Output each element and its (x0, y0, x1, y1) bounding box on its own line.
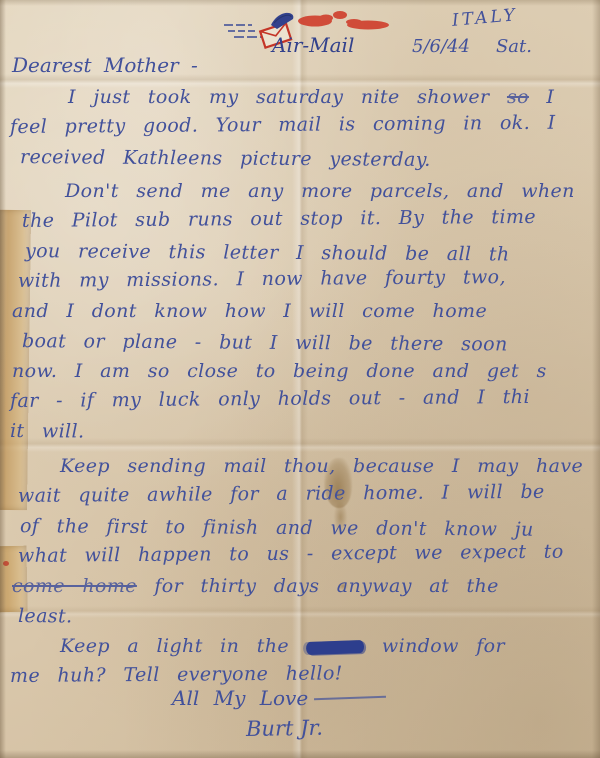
paper-edge-bottom (0, 750, 600, 758)
letter-paper: Air-Mail ITALY 5/6/44Sat. Dearest Mother… (0, 0, 600, 758)
letter-line: boat or plane - but I will be there soon (10, 326, 598, 360)
closing: All My Love (172, 686, 308, 710)
clouds-icon (298, 11, 389, 30)
line-text: I just took my saturday nite shower (68, 86, 507, 108)
letter-line: far - if my luck only holds out - and I … (10, 381, 598, 416)
line-text: window for (364, 635, 504, 657)
signature: Burt Jr. (10, 708, 598, 748)
letter-line: come home for thirty days anyway at the (10, 571, 598, 601)
paragraph: I just took my saturday nite shower so I… (10, 82, 598, 172)
letter-line: me huh? Tell everyone hello! (10, 656, 598, 691)
line-text: me huh? Tell everyone hello! (10, 662, 343, 687)
closing-flourish (314, 696, 386, 701)
struck-text: come home (12, 575, 137, 597)
letter-scan: { "header": { "letterhead_text": "Air-Ma… (0, 0, 600, 758)
letter-body: I just took my saturday nite shower so I… (10, 82, 598, 691)
line-text: now. I am so close to being done and get… (12, 360, 547, 382)
speed-lines-icon (224, 25, 263, 37)
line-text: boat or plane - but I will be there soon (22, 330, 508, 355)
line-text: with my missions. I now have fourty two, (18, 266, 506, 292)
line-text: wait quite awhile for a ride home. I wil… (18, 481, 545, 507)
line-text: for thirty days anyway at the (137, 575, 499, 597)
letter-line: it will. (10, 416, 598, 450)
line-text: what will happen to us - except we expec… (18, 541, 564, 567)
letter-line: and I dont know how I will come home (10, 296, 598, 326)
letter-line: received Kathleens picture yesterday. (10, 142, 598, 176)
ink-blot (306, 640, 364, 655)
paragraph: Keep sending mail thou, because I may ha… (10, 451, 598, 631)
letter-line: wait quite awhile for a ride home. I wil… (10, 476, 598, 511)
line-text: least. (18, 605, 73, 627)
letter-line: the Pilot sub runs out stop it. By the t… (10, 201, 598, 236)
paragraph: Keep a light in the window forme huh? Te… (10, 631, 598, 691)
line-text: and I dont know how I will come home (12, 300, 487, 322)
line-text: I (529, 86, 554, 108)
struck-text: so (507, 86, 529, 108)
salutation: Dearest Mother - (10, 50, 598, 80)
line-text: Don't send me any more parcels, and when (65, 180, 575, 202)
paragraph: Don't send me any more parcels, and when… (10, 176, 598, 446)
line-text: Keep sending mail thou, because I may ha… (60, 455, 600, 477)
line-text: it will. (10, 420, 85, 443)
line-text: feel pretty good. Your mail is coming in… (10, 112, 556, 138)
letter-line: what will happen to us - except we expec… (10, 536, 598, 571)
line-text: far - if my luck only holds out - and I … (10, 386, 530, 412)
letter-line: feel pretty good. Your mail is coming in… (10, 107, 598, 142)
location-note: ITALY (451, 5, 518, 31)
line-text: received Kathleens picture yesterday. (20, 146, 431, 171)
line-text: the Pilot sub runs out stop it. By the t… (22, 206, 536, 232)
red-speck (3, 561, 9, 566)
letter-line: with my missions. I now have fourty two, (10, 261, 598, 296)
line-text: Keep a light in the (60, 635, 306, 657)
letter-line: least. (10, 601, 598, 635)
